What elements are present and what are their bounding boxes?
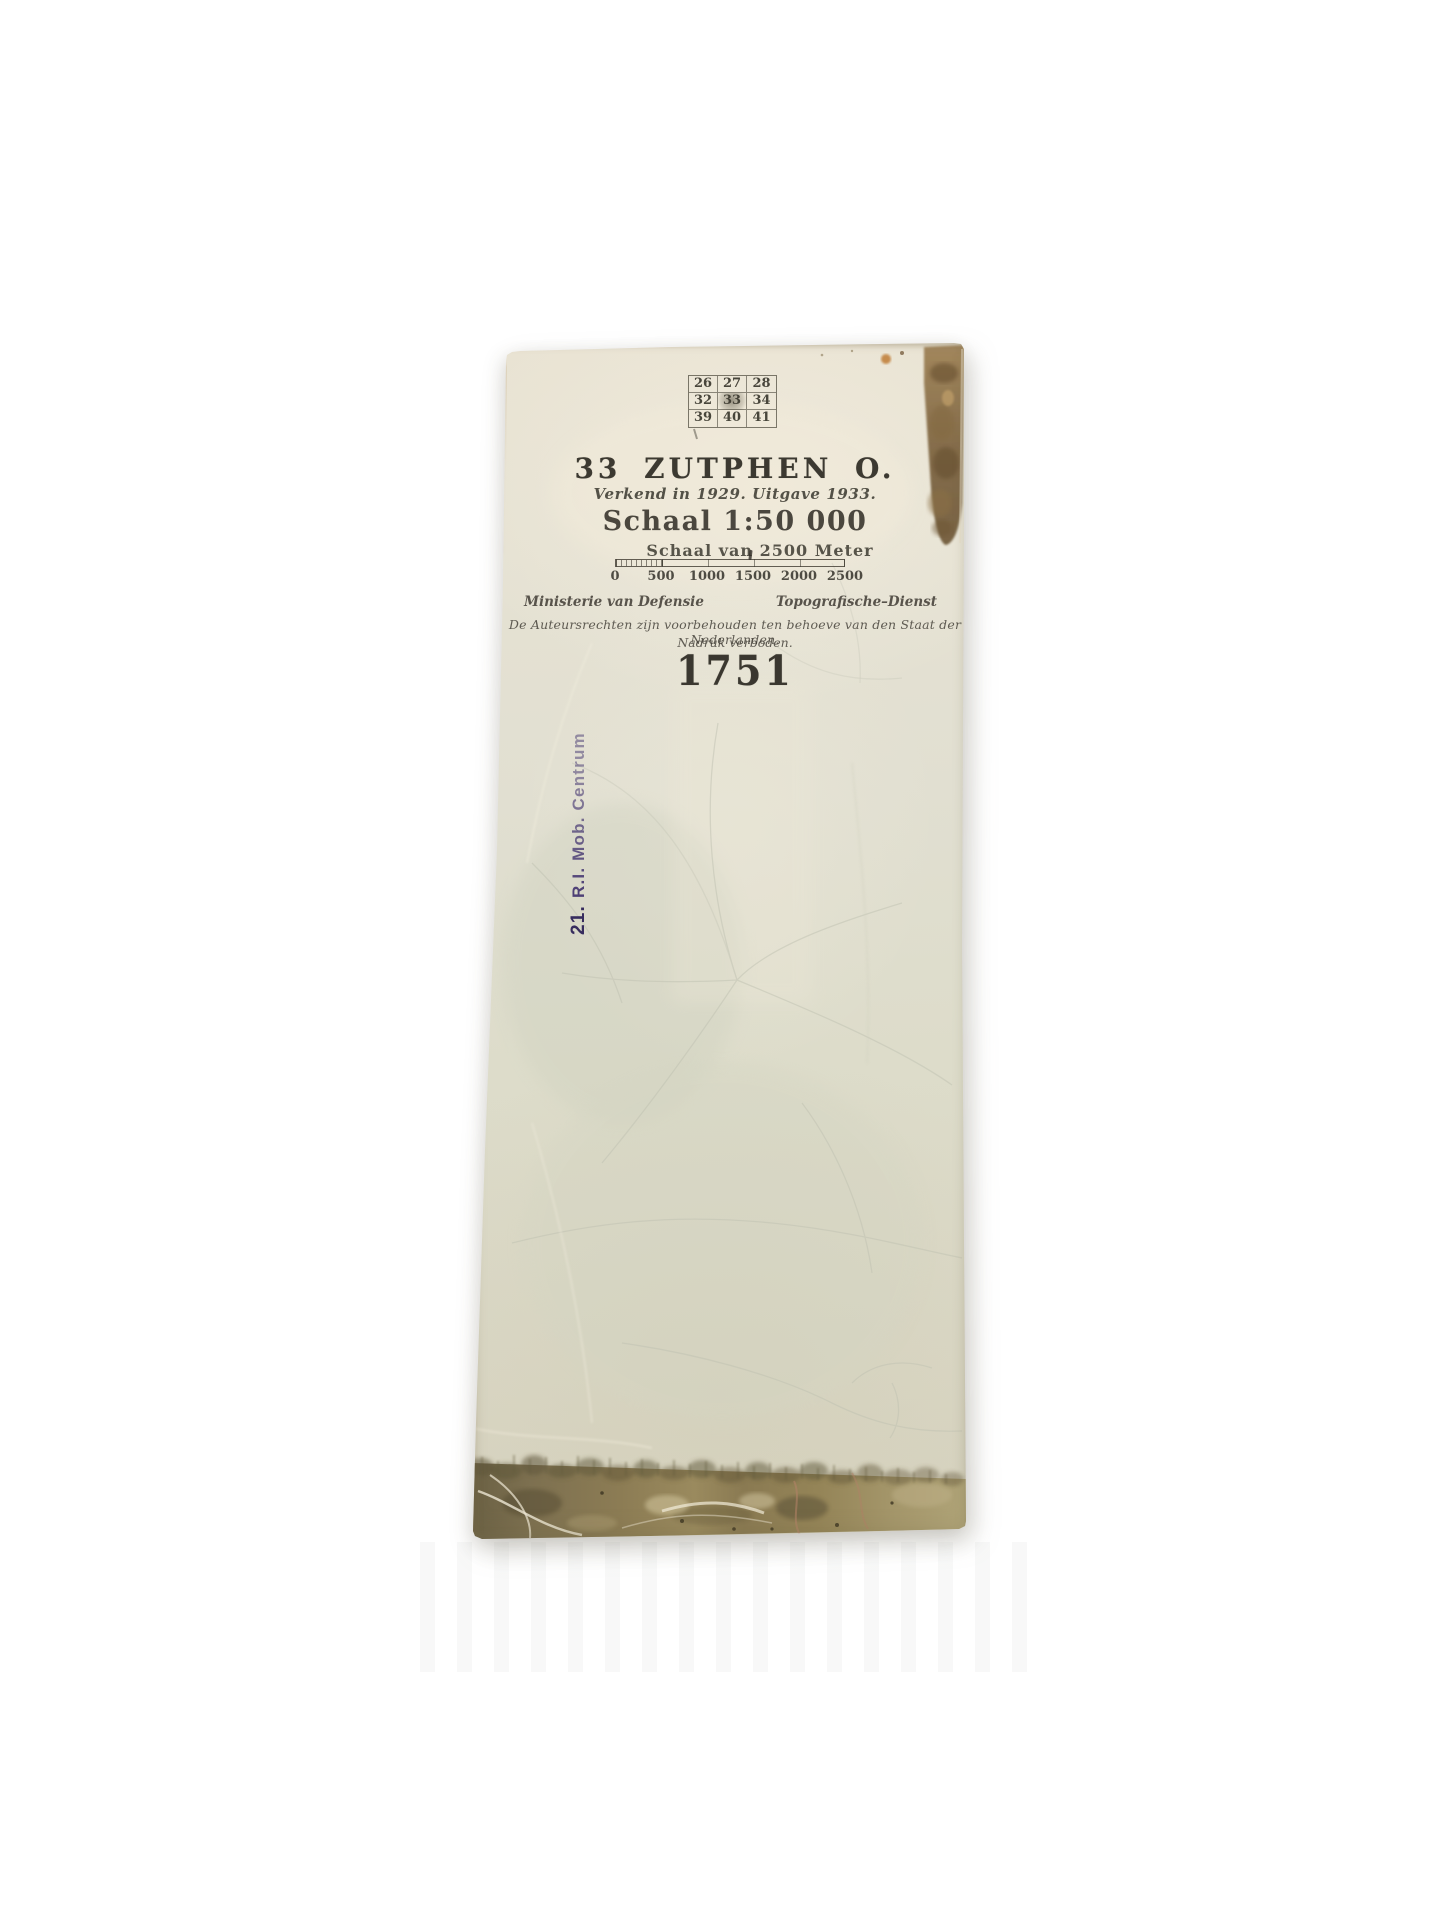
sheet-index-grid: 26 27 28 32 33 34 39 40 41 xyxy=(688,375,777,428)
stamp-unit-number: 21. xyxy=(568,905,589,935)
grid-cell: 27 xyxy=(718,376,747,393)
grid-cell: 32 xyxy=(689,393,718,410)
grid-cell: 34 xyxy=(747,393,776,410)
agency-ministerie: Ministerie van Defensie xyxy=(524,594,704,610)
scale-tick-label: 1000 xyxy=(689,569,725,584)
scale-tick-label: 0 xyxy=(610,569,619,584)
grid-cell: 41 xyxy=(747,410,776,427)
sheet-number: 1751 xyxy=(506,646,964,695)
scale-bar-subdivisions xyxy=(616,560,663,566)
stamp-unit-text: R.I. Mob. Centrum xyxy=(569,732,588,898)
scale-tick-label: 500 xyxy=(647,569,674,584)
photo-background: 26 27 28 32 33 34 39 40 41 33 ZUTPHEN O.… xyxy=(0,0,1440,1920)
grid-cell-highlighted: 33 xyxy=(718,393,747,410)
grid-cell: 40 xyxy=(718,410,747,427)
printed-cover-content: 26 27 28 32 33 34 39 40 41 33 ZUTPHEN O.… xyxy=(506,343,964,1539)
scale-bar xyxy=(615,559,845,567)
map-sheet-wrapper: 26 27 28 32 33 34 39 40 41 33 ZUTPHEN O.… xyxy=(0,0,1440,1920)
folded-map-sheet: 26 27 28 32 33 34 39 40 41 33 ZUTPHEN O.… xyxy=(472,343,968,1539)
scale-tick-label: 2000 xyxy=(781,569,817,584)
grid-cell: 26 xyxy=(689,376,718,393)
grid-cell: 28 xyxy=(747,376,776,393)
scale-bar-caption: Schaal van 2500 Meter xyxy=(645,541,875,560)
unit-ink-stamp: 21.R.I. Mob. Centrum xyxy=(568,699,598,935)
grid-cell: 39 xyxy=(689,410,718,427)
scale-title: Schaal 1:50 000 xyxy=(506,506,964,537)
sheet-title: 33 ZUTPHEN O. xyxy=(506,452,964,485)
scale-tick-label: 1500 xyxy=(735,569,771,584)
agency-topografische-dienst: Topografische–Dienst xyxy=(776,594,937,610)
scale-tick-label: 2500 xyxy=(827,569,863,584)
survey-edition-line: Verkend in 1929. Uitgave 1933. xyxy=(506,485,964,503)
